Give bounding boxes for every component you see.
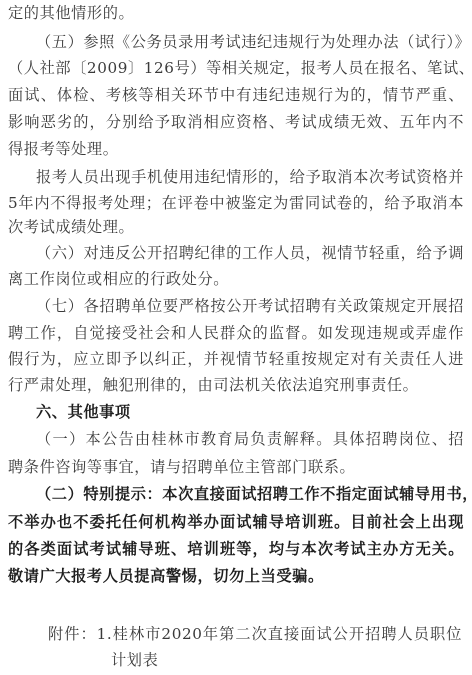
clause-7-line-2: 聘工作，自觉接受社会和人民群众的监督。如发现违规或弄虚作 (8, 323, 464, 343)
clause-6-line-1: （六）对违反公开招聘纪律的工作人员，视情节轻重，给予调 (36, 243, 464, 263)
clause-5-line-4: 影响恶劣的，分别给予取消相应资格、考试成绩无效、五年内不 (8, 112, 464, 132)
item-1-line-1: （一）本公告由桂林市教育局负责解释。具体招聘岗位、招 (36, 429, 464, 449)
item-1-line-2: 聘条件咨询等事宜，请与招聘单位主管部门联系。 (8, 457, 464, 477)
paragraph-line-continuation: 定的其他情形的。 (8, 3, 464, 23)
phone-violation-line-2: 5年内不得报考处理；在评卷中被鉴定为雷同试卷的，给予取消本 (8, 193, 464, 213)
attachment-line-1: 附件：1.桂林市2020年第二次直接面试公开招聘人员职位 (48, 624, 462, 644)
attachment-line-2: 计划表 (111, 650, 411, 670)
clause-5-line-2: （人社部〔2009〕126号）等相关规定，报考人员在报名、笔试、 (8, 58, 464, 78)
clause-7-line-3: 假行为，应立即予以纠正，并视情节轻重按规定对有关责任人进 (8, 349, 464, 369)
phone-violation-line-1: 报考人员出现手机使用违纪情形的，给予取消本次考试资格并 (36, 167, 464, 187)
special-notice-line-1: （二）特别提示：本次直接面试招聘工作不指定面试辅导用书， (36, 484, 464, 504)
special-notice-line-2: 不举办也不委托任何机构举办面试辅导培训班。目前社会上出现 (8, 512, 464, 532)
section-heading-other-matters: 六、其他事项 (36, 402, 464, 422)
clause-6-line-2: 离工作岗位或相应的行政处分。 (8, 269, 464, 289)
special-notice-line-3: 的各类面试考试辅导班、培训班等，均与本次考试主办方无关。 (8, 539, 464, 559)
clause-7-line-4: 行严肃处理，触犯刑律的，由司法机关依法追究刑事责任。 (8, 375, 464, 395)
phone-violation-line-3: 次考试成绩处理。 (8, 217, 464, 237)
clause-5-line-5: 得报考等处理。 (8, 139, 464, 159)
special-notice-line-4: 敬请广大报考人员提高警惕，切勿上当受骗。 (8, 566, 464, 586)
clause-5-line-1: （五）参照《公务员录用考试违纪违规行为处理办法（试行）》 (36, 32, 464, 52)
document-page: 定的其他情形的。 （五）参照《公务员录用考试违纪违规行为处理办法（试行）》 （人… (0, 0, 472, 675)
clause-5-line-3: 面试、体检、考核等相关环节中有违纪违规行为的，情节严重、 (8, 85, 464, 105)
clause-7-line-1: （七）各招聘单位要严格按公开考试招聘有关政策规定开展招 (36, 296, 464, 316)
